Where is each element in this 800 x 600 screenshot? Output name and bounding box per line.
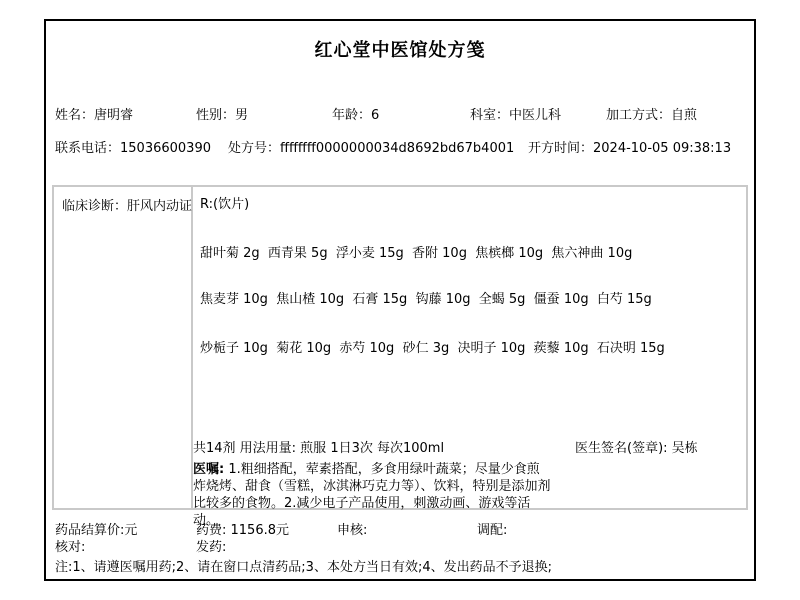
- herb-line-3: 炒栀子 10g 菊花 10g 赤芍 10g 砂仁 3g 决明子 10g 蒺藜 1…: [200, 341, 665, 357]
- field-gender: 性别：男: [196, 108, 248, 124]
- field-gender-value: 男: [235, 108, 248, 123]
- field-age: 年龄：6: [332, 108, 379, 124]
- clinical-diagnosis-value: 肝风内动证: [127, 199, 192, 214]
- field-age-label: 年龄：: [332, 108, 371, 123]
- field-processing: 加工方式：自煎: [606, 108, 697, 124]
- doctor-signature-label: 医生签名(签章):: [575, 441, 672, 456]
- check-field: 核对:: [55, 540, 85, 556]
- field-rx-no-value: ffffffff0000000034d8692bd67b4001: [280, 141, 514, 156]
- footer-note: 注:1、请遵医嘱用药;2、请在窗口点清药品;3、本处方当日有效;4、发出药品不予…: [55, 560, 552, 576]
- settle-price: 药品结算价:元: [55, 523, 137, 539]
- field-department-value: 中医儿科: [509, 108, 561, 123]
- clinical-diagnosis-label: 临床诊断：: [62, 199, 127, 214]
- field-name: 姓名：唐明睿: [55, 108, 133, 124]
- review-field: 申核:: [337, 523, 367, 539]
- rx-header: R:(饮片): [200, 197, 249, 213]
- doctor-advice: 医嘱: 1.粗细搭配，荤素搭配，多食用绿叶蔬菜；尽量少食煎炸烧烤、甜食（雪糕，冰…: [193, 461, 551, 529]
- doctor-signature-value: 吴栋: [672, 441, 698, 456]
- field-issue-time-label: 开方时间：: [528, 141, 593, 156]
- dispense-field: 调配:: [477, 523, 507, 539]
- herb-line-2: 焦麦芽 10g 焦山楂 10g 石膏 15g 钩藤 10g 全蝎 5g 僵蚕 1…: [200, 292, 652, 308]
- field-processing-value: 自煎: [671, 108, 697, 123]
- field-rx-no-label: 处方号：: [228, 141, 280, 156]
- field-phone: 联系电话：15036600390: [55, 141, 211, 157]
- field-name-value: 唐明睿: [94, 108, 133, 123]
- field-phone-value: 15036600390: [120, 141, 211, 156]
- prescription-page: 红心堂中医馆处方笺 姓名：唐明睿 性别：男 年龄：6 科室：中医儿科 加工方式：…: [0, 0, 800, 600]
- clinical-diagnosis: 临床诊断：肝风内动证: [62, 197, 198, 216]
- medicine-fee: 药费: 1156.8元: [196, 523, 289, 539]
- field-gender-label: 性别：: [196, 108, 235, 123]
- doctor-signature: 医生签名(签章): 吴栋: [575, 441, 698, 457]
- medicine-fee-label: 药费:: [196, 523, 231, 538]
- doctor-advice-text: 1.粗细搭配，荤素搭配，多食用绿叶蔬菜；尽量少食煎炸烧烤、甜食（雪糕，冰淇淋巧克…: [193, 462, 551, 528]
- settle-price-label: 药品结算价:: [55, 523, 124, 538]
- doctor-advice-label: 医嘱:: [193, 462, 224, 477]
- field-processing-label: 加工方式：: [606, 108, 671, 123]
- issue-field: 发药:: [196, 540, 226, 556]
- field-department-label: 科室：: [470, 108, 509, 123]
- field-rx-no: 处方号：ffffffff0000000034d8692bd67b4001: [228, 141, 514, 157]
- field-department: 科室：中医儿科: [470, 108, 561, 124]
- field-phone-label: 联系电话：: [55, 141, 120, 156]
- settle-price-value: 元: [124, 523, 137, 538]
- field-issue-time-value: 2024-10-05 09:38:13: [593, 141, 731, 156]
- field-age-value: 6: [371, 108, 379, 123]
- herb-line-1: 甜叶菊 2g 西青果 5g 浮小麦 15g 香附 10g 焦槟榔 10g 焦六神…: [200, 246, 632, 262]
- page-title: 红心堂中医馆处方笺: [0, 36, 800, 62]
- field-name-label: 姓名：: [55, 108, 94, 123]
- medicine-fee-value: 1156.8元: [231, 523, 290, 538]
- usage-line: 共14剂 用法用量: 煎服 1日3次 每次100ml: [193, 441, 444, 457]
- field-issue-time: 开方时间：2024-10-05 09:38:13: [528, 141, 731, 157]
